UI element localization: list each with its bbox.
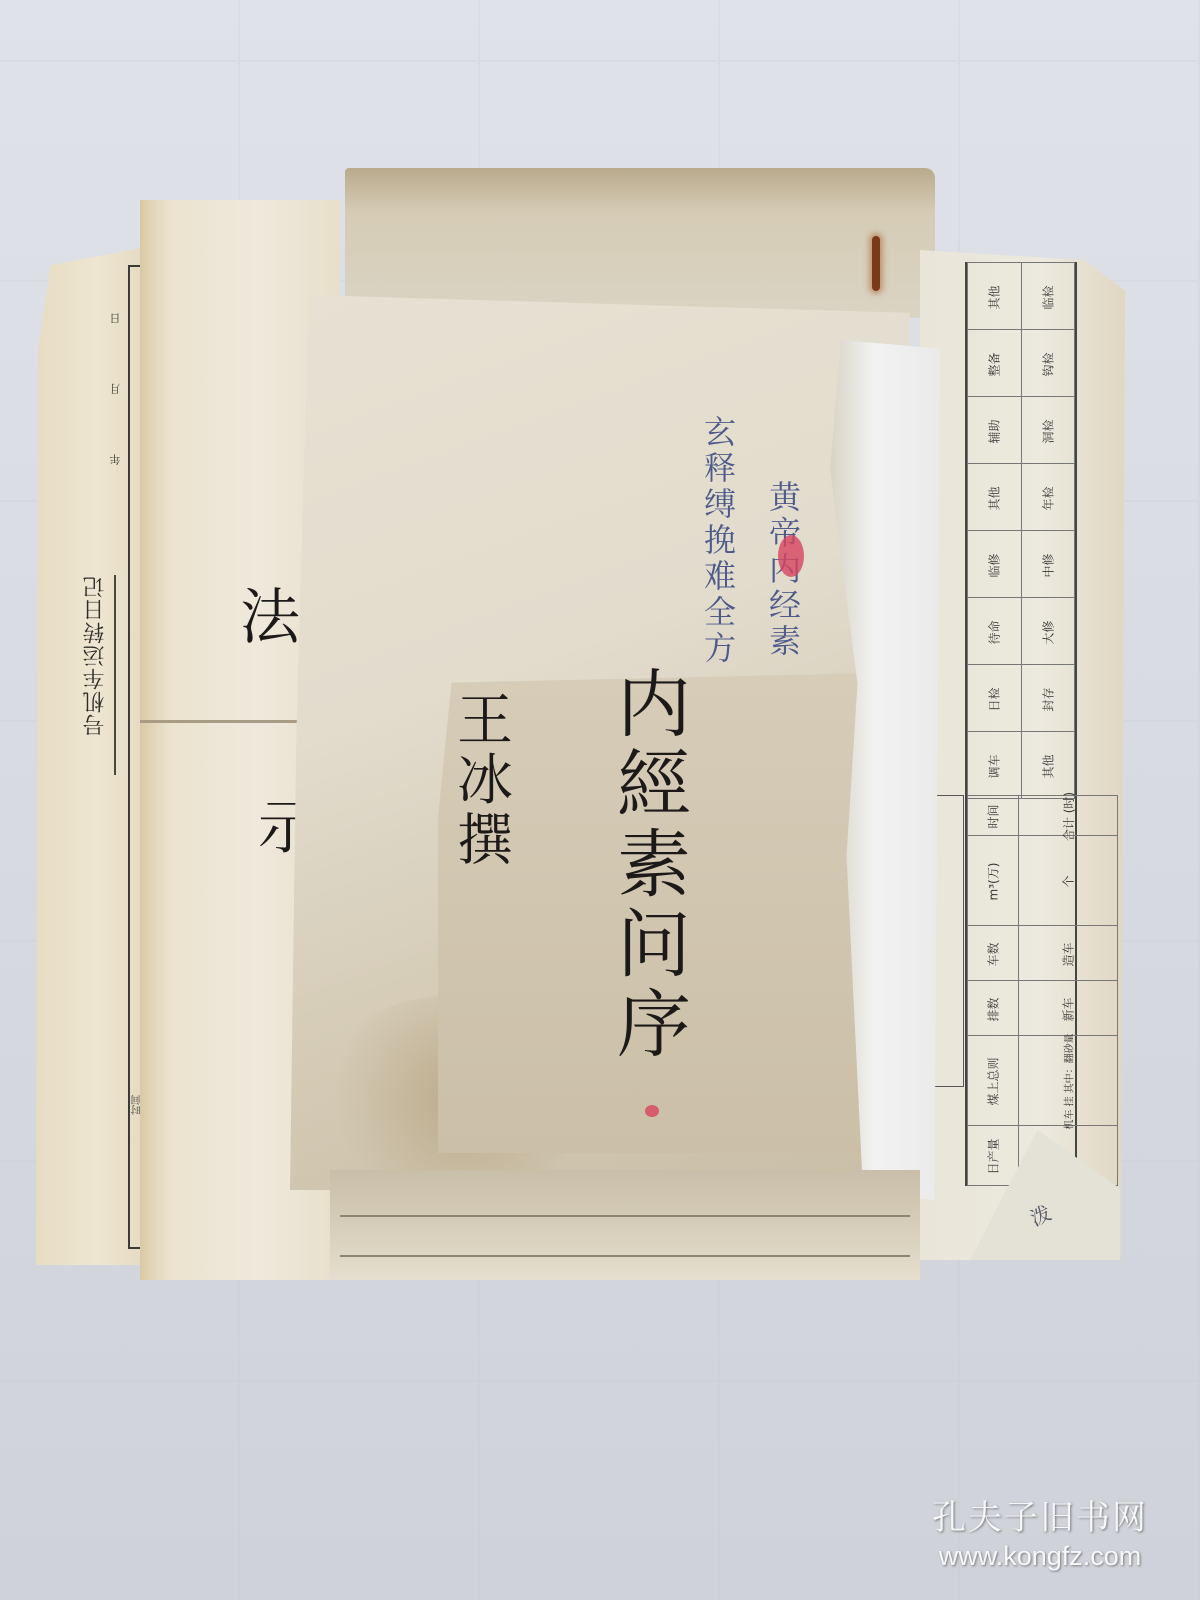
table-row: 调车其他 — [968, 732, 1075, 799]
right-ledger-sheet: 其他临检 整备钩检 辅助洞检 其他年检 临修中修 待命大修 日检封存 调车其他 … — [920, 250, 1125, 1260]
table-row: 整备钩检 — [968, 330, 1075, 397]
page-edge — [340, 1255, 910, 1257]
table-row: 其他年检 — [968, 464, 1075, 531]
page-edge — [340, 1215, 910, 1217]
red-ink-mark — [778, 535, 804, 577]
main-book-cover: 玄释缚挽难全方 黄帝内经素 王冰撰 内經素问序 — [290, 295, 910, 1190]
ledger-table-top: 其他临检 整备钩检 辅助洞检 其他年检 临修中修 待命大修 日检封存 调车其他 — [965, 262, 1077, 799]
table-row: 临修中修 — [968, 531, 1075, 598]
table-row: 待命大修 — [968, 598, 1075, 665]
table-row: 辅助洞检 — [968, 397, 1075, 464]
table-row: m³(万)个 — [968, 836, 1118, 926]
table-row: 煤上总则机车 挂 其中：翻砂量 — [968, 1036, 1118, 1126]
stacked-pages — [330, 1170, 920, 1280]
table-row: 车数造车 — [968, 926, 1118, 981]
ledger-title: 号机车运转日记 — [80, 575, 120, 736]
title-calligraphy: 内經素问序 — [595, 665, 701, 1065]
left-ledger-sheet: 年 月 日 号机车运转日记 时间 — [36, 245, 156, 1265]
table-row: 其他临检 — [968, 263, 1075, 330]
ledger-table-bottom: 时间合计 (时) m³(万)个 车数造车 排数新车 煤上总则机车 挂 其中：翻砂… — [965, 795, 1077, 1186]
table-row: 排数新车 — [968, 981, 1118, 1036]
site-watermark: 孔夫子旧书网 www.kongfz.com — [900, 1490, 1180, 1572]
ledger-date-fields: 年 月 日 — [108, 285, 124, 465]
author-calligraphy: 王冰撰 — [440, 690, 520, 870]
red-ink-dot — [645, 1105, 659, 1117]
rusty-staple-icon — [872, 236, 880, 291]
top-booklet — [345, 168, 935, 318]
corner-pencil-note: 泼 — [1025, 1197, 1055, 1232]
table-row: 时间合计 (时) — [968, 796, 1118, 836]
watermark-url: www.kongfz.com — [900, 1541, 1180, 1572]
calligraphy-top: 法 — [240, 570, 300, 656]
pencil-note-left: 玄释缚挽难全方 — [695, 415, 741, 667]
watermark-name: 孔夫子旧书网 — [900, 1490, 1180, 1539]
table-row: 日检封存 — [968, 665, 1075, 732]
